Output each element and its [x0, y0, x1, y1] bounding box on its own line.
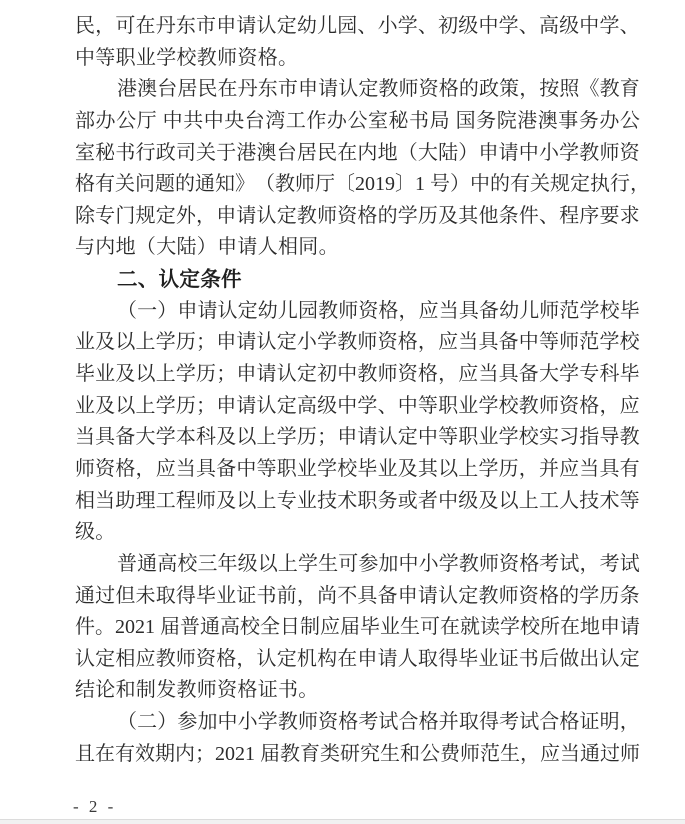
- document-page: 民，可在丹东市申请认定幼儿园、小学、初级中学、高级中学、中等职业学校教师资格。港…: [0, 0, 685, 824]
- document-line: 民，可在丹东市申请认定幼儿园、小学、初级中学、高级中学、: [75, 11, 640, 43]
- document-line: （一）申请认定幼儿园教师资格，应当具备幼儿师范学校毕: [75, 296, 640, 328]
- document-line: 室秘书行政司关于港澳台居民在内地（大陆）申请中小学教师资: [75, 138, 640, 170]
- document-line: 中等职业学校教师资格。: [75, 43, 640, 75]
- document-line: 件。2021 届普通高校全日制应届毕业生可在就读学校所在地申请: [75, 612, 640, 644]
- document-line: 毕业及以上学历；申请认定初中教师资格，应当具备大学专科毕: [75, 359, 640, 391]
- document-line: 结论和制发教师资格证书。: [75, 675, 640, 707]
- document-line: 部办公厅 中共中央台湾工作办公室秘书局 国务院港澳事务办公: [75, 106, 640, 138]
- document-line: 相当助理工程师及以上专业技术职务或者中级及以上工人技术等: [75, 486, 640, 518]
- document-line: 格有关问题的通知》（教师厅〔2019〕1 号）中的有关规定执行，: [75, 169, 640, 201]
- document-line: 通过但未取得毕业证书前，尚不具备申请认定教师资格的学历条: [75, 581, 640, 613]
- document-line: 港澳台居民在丹东市申请认定教师资格的政策，按照《教育: [75, 74, 640, 106]
- page-number: - 2 -: [73, 797, 116, 817]
- document-line: 认定相应教师资格，认定机构在申请人取得毕业证书后做出认定: [75, 644, 640, 676]
- document-line: 普通高校三年级以上学生可参加中小学教师资格考试，考试: [75, 549, 640, 581]
- document-line: 业及以上学历；申请认定高级中学、中等职业学校教师资格，应: [75, 391, 640, 423]
- page-bottom-edge: [0, 819, 685, 824]
- document-body: 民，可在丹东市申请认定幼儿园、小学、初级中学、高级中学、中等职业学校教师资格。港…: [75, 11, 640, 770]
- document-line: 业及以上学历；申请认定小学教师资格，应当具备中等师范学校: [75, 327, 640, 359]
- document-line: 师资格，应当具备中等职业学校毕业及其以上学历，并应当具有: [75, 454, 640, 486]
- document-line: 与内地（大陆）申请人相同。: [75, 232, 640, 264]
- section-heading: 二、认定条件: [75, 264, 640, 296]
- document-line: 级。: [75, 517, 640, 549]
- document-line: （二）参加中小学教师资格考试合格并取得考试合格证明，: [75, 707, 640, 739]
- document-line: 且在有效期内；2021 届教育类研究生和公费师范生，应当通过师: [75, 739, 640, 771]
- document-line: 除专门规定外，申请认定教师资格的学历及其他条件、程序要求: [75, 201, 640, 233]
- document-line: 当具备大学本科及以上学历；申请认定中等职业学校实习指导教: [75, 422, 640, 454]
